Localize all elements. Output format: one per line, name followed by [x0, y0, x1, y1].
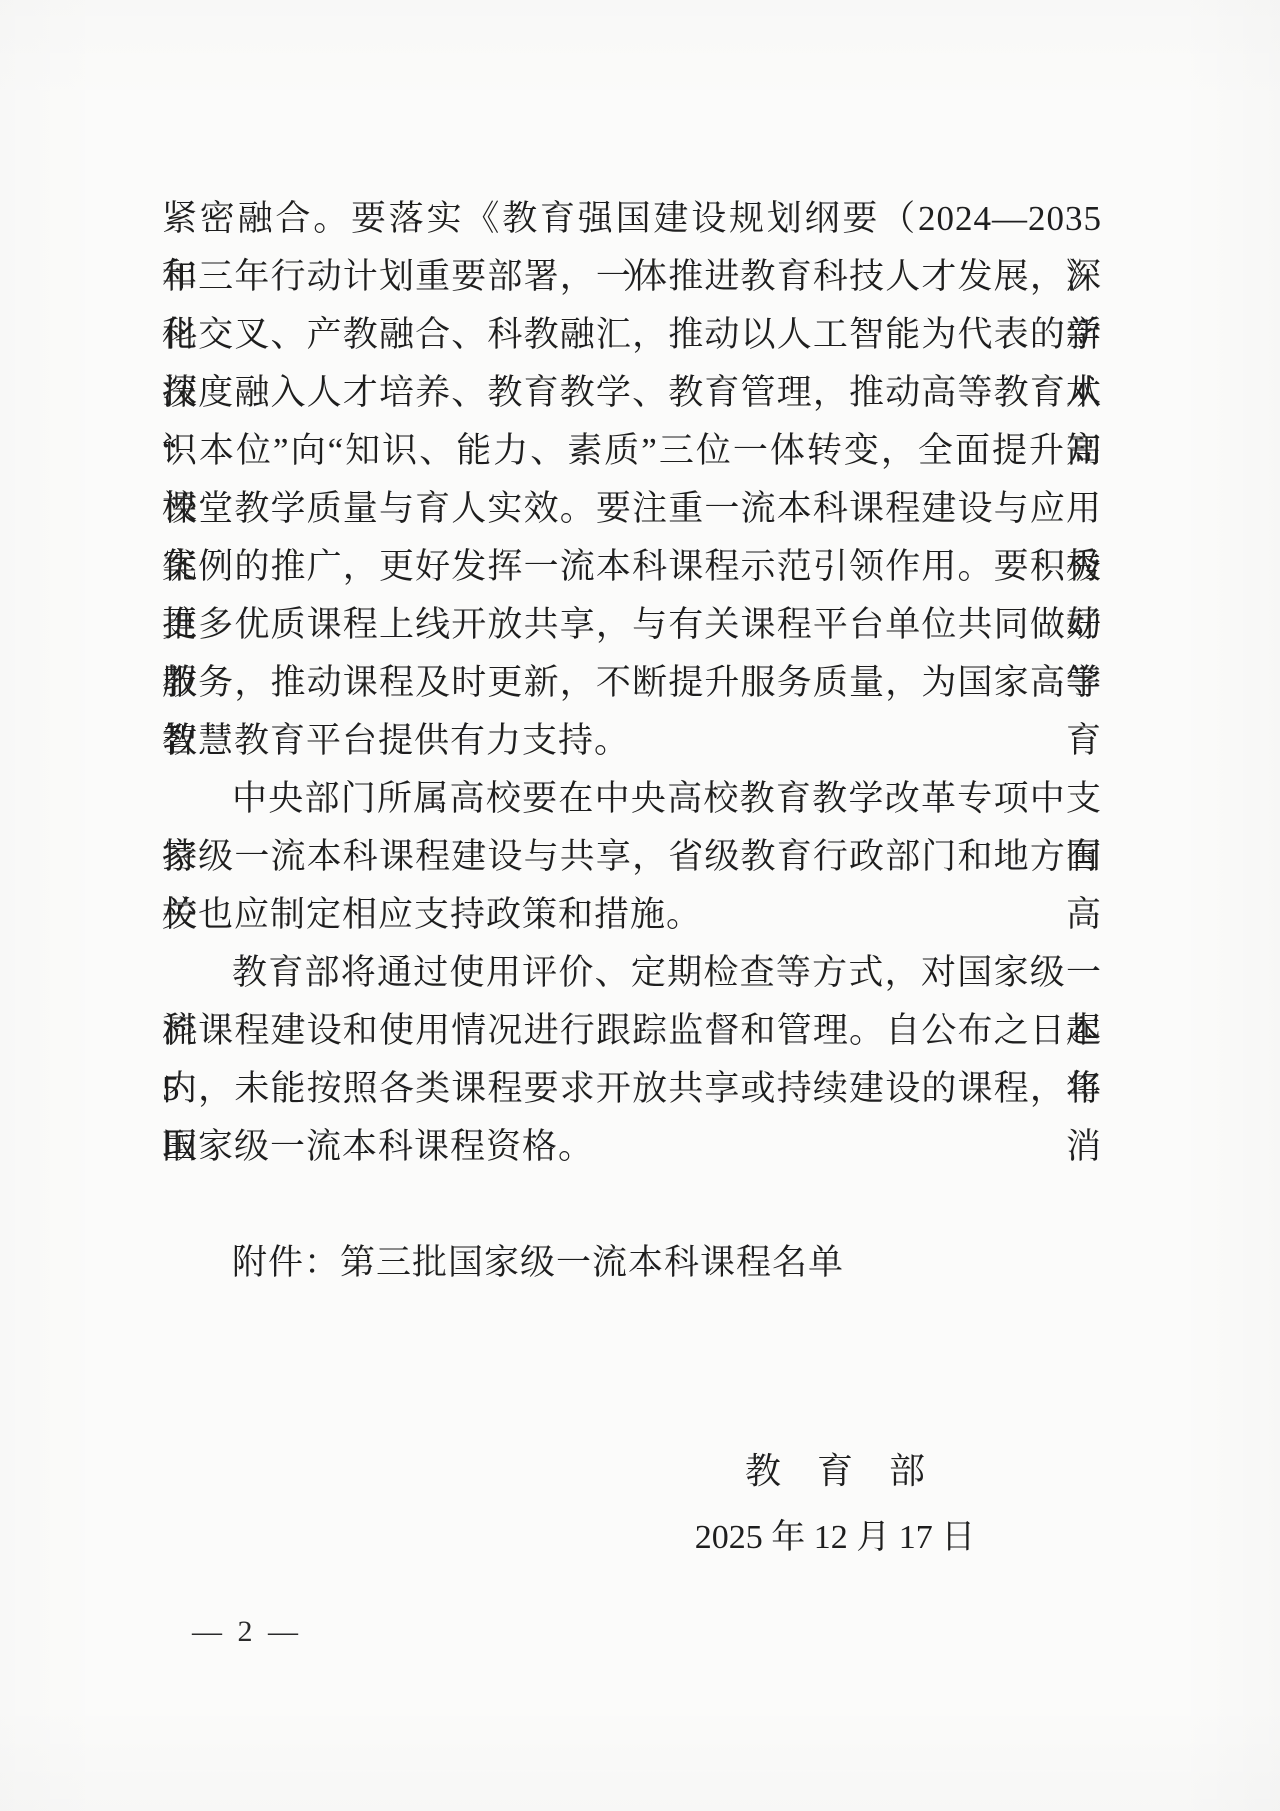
- attachment-line: 附件：第三批国家级一流本科课程名单: [162, 1234, 1102, 1292]
- body-line: 更多优质课程上线开放共享，与有关课程平台单位共同做好教学: [162, 596, 1102, 654]
- body-line: 紧密融合。要落实《教育强国建设规划纲要（2024—2035 年）》: [162, 190, 1102, 248]
- body-line: 识本位”向“知识、能力、素质”三位一体转变，全面提升高校: [162, 422, 1102, 480]
- body-line: 科课程建设和使用情况进行跟踪监督和管理。自公布之日起 5 年: [162, 1002, 1102, 1060]
- body-line: 服务，推动课程及时更新，不断提升服务质量，为国家高等教育: [162, 654, 1102, 712]
- body-line: 家级一流本科课程建设与共享，省级教育行政部门和地方有关高: [162, 828, 1102, 886]
- signature-block: 教 育 部 2025 年 12 月 17 日: [600, 1448, 1070, 1560]
- document-page: 紧密融合。要落实《教育强国建设规划纲要（2024—2035 年）》 和三年行动计…: [0, 0, 1280, 1811]
- page-number: — 2 —: [192, 1612, 302, 1652]
- body-line: 课堂教学质量与育人实效。要注重一流本科课程建设与应用优秀: [162, 480, 1102, 538]
- body-line: 和三年行动计划重要部署，一体推进教育科技人才发展，深化学: [162, 248, 1102, 306]
- body-line: 深度融入人才培养、教育教学、教育管理，推动高等教育从“知: [162, 364, 1102, 422]
- body-line: 内，未能按照各类课程要求开放共享或持续建设的课程，将取消: [162, 1060, 1102, 1118]
- body-line: 教育部将通过使用评价、定期检查等方式，对国家级一流本: [162, 944, 1102, 1002]
- body-line: 案例的推广，更好发挥一流本科课程示范引领作用。要积极推动: [162, 538, 1102, 596]
- body-line: 中央部门所属高校要在中央高校教育教学改革专项中支持国: [162, 770, 1102, 828]
- signature-agency: 教 育 部: [600, 1448, 1070, 1494]
- body-line: 科交叉、产教融合、科教融汇，推动以人工智能为代表的新技术: [162, 306, 1102, 364]
- body-text: 紧密融合。要落实《教育强国建设规划纲要（2024—2035 年）》 和三年行动计…: [162, 190, 1102, 1292]
- signature-date: 2025 年 12 月 17 日: [600, 1516, 1070, 1560]
